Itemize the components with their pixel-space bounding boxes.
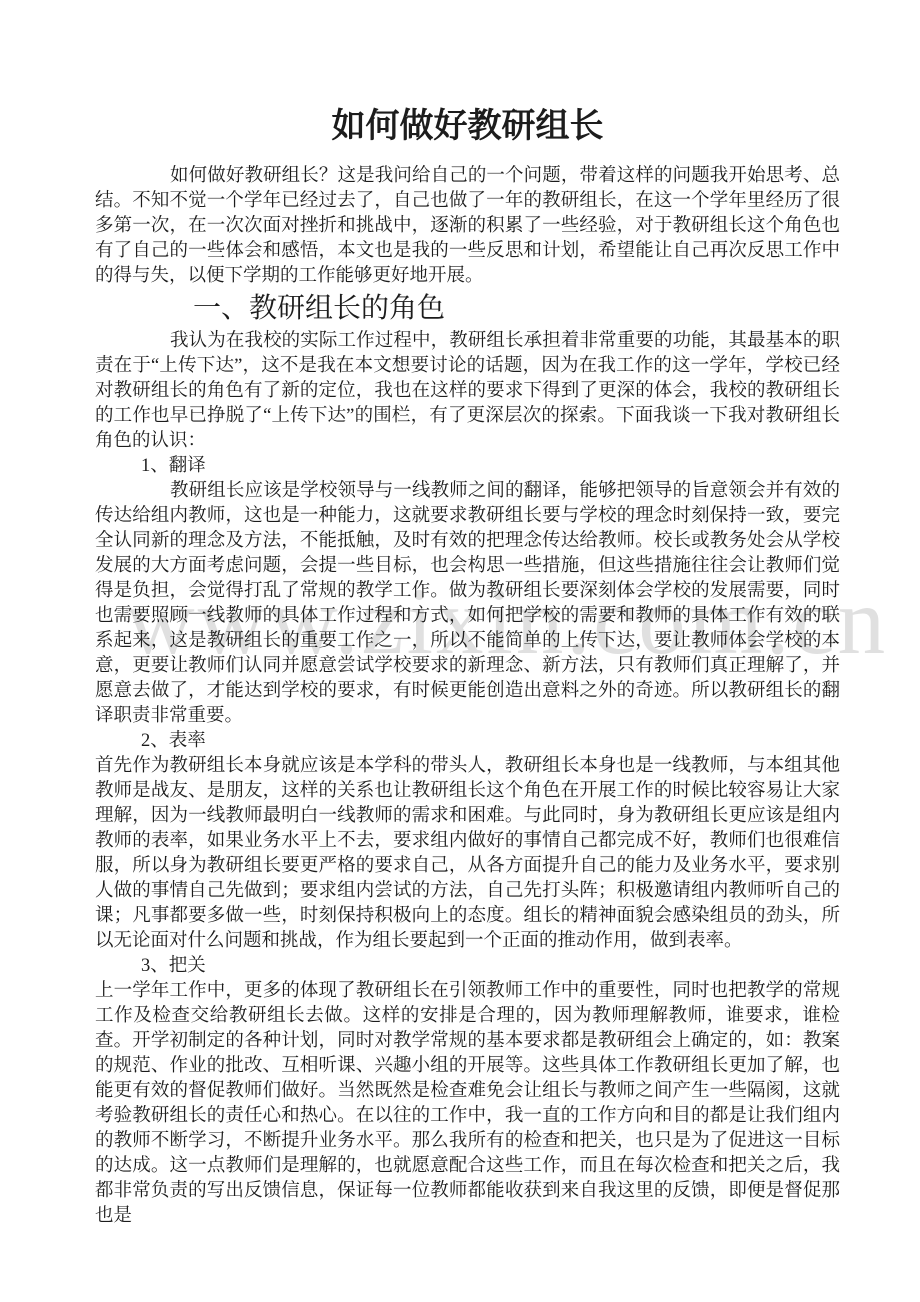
example-paragraph: 首先作为教研组长本身就应该是本学科的带头人，教研组长本身也是一线教师，与本组其他… [95, 754, 840, 954]
intro-paragraph: 如何做好教研组长？这是我问给自己的一个问题，带着这样的问题我开始思考、总结。不知… [95, 164, 840, 289]
doc-title: 如何做好教研组长 [95, 102, 840, 152]
translate-paragraph: 教研组长应该是学校领导与一线教师之间的翻译，能够把领导的旨意领会并有效的传达给组… [95, 479, 840, 729]
document-content: 如何做好教研组长 如何做好教研组长？这是我问给自己的一个问题，带着这样的问题我开… [95, 102, 840, 1229]
gatekeep-paragraph: 上一学年工作中，更多的体现了教研组长在引领教师工作中的重要性，同时也把教学的常规… [95, 979, 840, 1229]
subheading-example: 2、表率 [141, 729, 840, 754]
document-page: www.zixin.com.cn 如何做好教研组长 如何做好教研组长？这是我问给… [0, 0, 920, 1302]
subheading-gatekeep: 3、把关 [141, 954, 840, 979]
role-overview-paragraph: 我认为在我校的实际工作过程中，教研组长承担着非常重要的功能，其最基本的职责在于“… [95, 329, 840, 454]
section-heading-role: 一、教研组长的角色 [193, 289, 840, 329]
subheading-translate: 1、翻译 [141, 454, 840, 479]
